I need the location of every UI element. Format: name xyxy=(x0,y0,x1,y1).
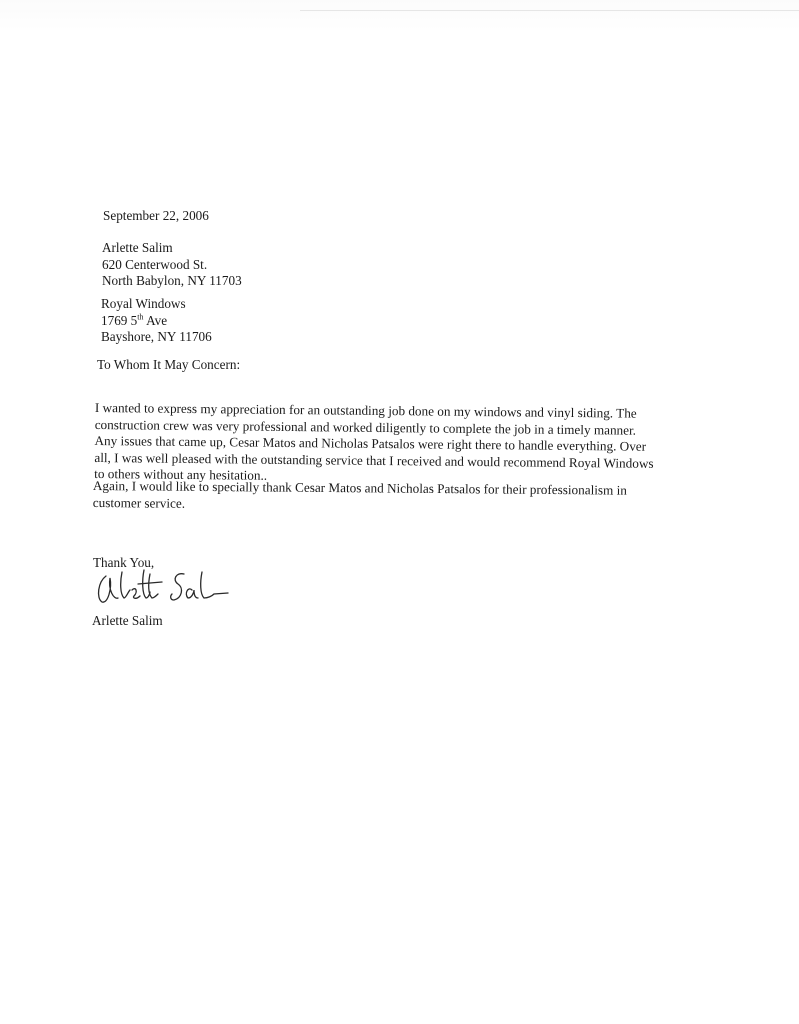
body-paragraph-1: I wanted to express my appreciation for … xyxy=(94,400,654,488)
scanned-letter-page: September 22, 2006 Arlette Salim 620 Cen… xyxy=(0,0,799,1024)
recipient-street-rest: Ave xyxy=(144,313,168,328)
salutation: To Whom It May Concern: xyxy=(97,357,240,374)
sender-street: 620 Centerwood St. xyxy=(102,257,242,274)
sender-name: Arlette Salim xyxy=(102,240,242,257)
recipient-city: Bayshore, NY 11706 xyxy=(101,329,212,346)
signed-name: Arlette Salim xyxy=(92,613,163,630)
recipient-street-number: 1769 5 xyxy=(101,313,137,328)
scan-edge-line xyxy=(300,10,799,11)
recipient-address: Royal Windows 1769 5th Ave Bayshore, NY … xyxy=(101,296,212,346)
recipient-company: Royal Windows xyxy=(101,296,212,313)
signature-icon xyxy=(92,568,232,612)
letter-date: September 22, 2006 xyxy=(103,208,209,225)
sender-address: Arlette Salim 620 Centerwood St. North B… xyxy=(102,240,242,290)
body-paragraph-2: Again, I would like to specially thank C… xyxy=(93,478,627,516)
recipient-street: 1769 5th Ave xyxy=(101,313,212,330)
sender-city: North Babylon, NY 11703 xyxy=(102,273,242,290)
